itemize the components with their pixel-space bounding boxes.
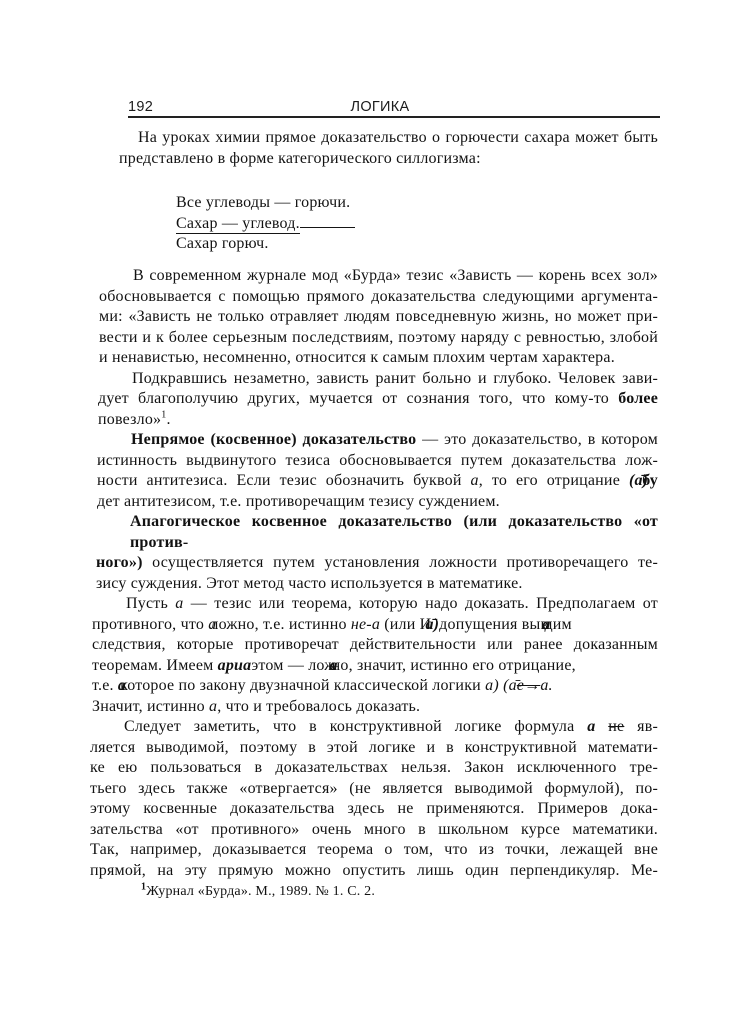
paragraph-constructive-logic: Следует заметить, что в конструктивной л…: [90, 717, 658, 881]
text-line: вести и к более серьезным последствиям, …: [99, 328, 658, 349]
text-line: Подкравшись незаметно, зависть ранит бол…: [98, 369, 658, 390]
text-run: этому косвенные доказательства здесь не …: [90, 800, 658, 817]
paragraph-indirect-proof-definition: Непрямое (косвенное) доказательство — эт…: [97, 430, 658, 512]
text-run: зису суждения. Этот метод часто использу…: [96, 575, 523, 592]
text-line: следствия, которые противоречат действит…: [92, 635, 658, 656]
text-line: ности антитезиса. Если тезис обозначить …: [97, 471, 658, 492]
text-run: этом — лож: [251, 657, 335, 674]
text-run: дет антитезисом, т.е. противоречащим тез…: [97, 493, 500, 510]
text-run: теоремам. Имеем: [92, 657, 218, 674]
text-run: ми: «Зависть не только отравляет людям п…: [99, 308, 658, 325]
syllogism-block: Все углеводы — горючи.Сахар — углевод.Са…: [176, 193, 596, 255]
text-line: Следует заметить, что в конструктивной л…: [90, 717, 658, 738]
text-run: а: [209, 698, 217, 715]
text-line: зису суждения. Этот метод часто использу…: [96, 574, 658, 595]
text-run: Так, например, доказывается теорема о то…: [90, 841, 658, 858]
text-run: ариа: [218, 657, 252, 674]
text-run: дует благополучию других, мучается от со…: [98, 390, 618, 407]
text-run: ложно, т.е. истинно: [210, 616, 350, 633]
text-run: обосновывается с помощью прямого доказат…: [99, 288, 658, 305]
text-run: вести и к более серьезным последствиям, …: [99, 329, 658, 346]
text-run: и ненавистью, несомненно, относится к са…: [99, 349, 615, 366]
text-line: этому косвенные доказательства здесь не …: [90, 799, 658, 820]
text-line: представлено в форме категорического сил…: [119, 149, 658, 170]
text-run: противного, что: [92, 616, 208, 633]
text-run: , что и требовалось доказать.: [217, 698, 420, 715]
text-run: допущения выв: [439, 616, 548, 633]
text-run: Журнал «Бурда». М., 1989. № 1. С. 2.: [146, 884, 375, 899]
text-run: ляется выводимой, поэтому в этой логике …: [90, 739, 658, 756]
text-run: ности антитезиса. Если тезис обозначить …: [97, 472, 471, 489]
text-line: истинность выдвинутого тезиса обосновыва…: [97, 451, 658, 472]
text-run: [595, 718, 608, 735]
text-line: и ненавистью, несомненно, относится к са…: [99, 348, 658, 369]
text-line: повезло»1.: [98, 410, 658, 431]
page-header: 192 ЛОГИКА: [128, 99, 660, 118]
text-line: Сахар — углевод.: [176, 214, 596, 235]
text-run: ного»): [96, 554, 143, 571]
text-run: бу: [642, 472, 658, 489]
text-line: 1Журнал «Бурда». М., 1989. № 1. С. 2.: [141, 882, 641, 903]
text-run: Подкравшись незаметно, зависть ранит бол…: [132, 370, 658, 387]
text-run: представлено в форме категорического сил…: [119, 150, 481, 167]
text-run: В современном журнале мод «Бурда» тезис …: [133, 267, 658, 284]
text-line: Значит, истинно а, что и требовалось док…: [92, 697, 658, 718]
book-page: 192 ЛОГИКА На уроках химии прямое доказа…: [0, 0, 745, 1024]
text-run: Сахар — углевод.: [176, 215, 300, 234]
text-line: зательства «от противного» очень много в…: [90, 820, 658, 841]
text-run: а: [471, 472, 479, 489]
text-line: Апагогическое косвенное доказательство (…: [96, 512, 658, 553]
text-run: Значит, истинно: [92, 698, 209, 715]
text-line: ми: «Зависть не только отравляет людям п…: [99, 307, 658, 328]
running-title: ЛОГИКА: [100, 99, 660, 115]
text-line: Так, например, доказывается теорема о то…: [90, 840, 658, 861]
text-line: тьего здесь также «отвергается» (не явля…: [90, 779, 658, 800]
text-run: ке ею пользоваться в доказательствах нел…: [90, 759, 658, 776]
text-line: Непрямое (косвенное) доказательство — эт…: [97, 430, 658, 451]
paragraph-chemistry-intro: На уроках химии прямое доказательство о …: [119, 128, 658, 169]
text-run: а.: [540, 677, 552, 694]
text-run: но, значит, истинно его отрицание,: [332, 657, 576, 674]
text-run: Все углеводы — горючи.: [176, 194, 350, 211]
text-line: обосновывается с помощью прямого доказат…: [99, 287, 658, 308]
text-run: не: [608, 718, 624, 735]
text-line: ке ею пользоваться в доказательствах нел…: [90, 758, 658, 779]
text-run: повезло»: [98, 411, 161, 428]
text-line: Все углеводы — горючи.: [176, 193, 596, 214]
text-run: [300, 226, 355, 228]
text-run: не-а: [351, 616, 380, 633]
text-run: дим: [544, 616, 571, 633]
text-run: (или И: [380, 616, 431, 633]
text-run: е→: [517, 677, 541, 694]
text-run: т.е.: [92, 677, 118, 694]
text-run: тьего здесь также «отвергается» (не явля…: [90, 780, 658, 797]
text-run: — это доказательство, в котором: [416, 431, 658, 448]
text-run: которое по закону двузначной классическо…: [120, 677, 485, 694]
text-run: Апагогическое косвенное доказательство (…: [130, 513, 658, 551]
text-line: ляется выводимой, поэтому в этой логике …: [90, 738, 658, 759]
text-run: Сахар горюч.: [176, 235, 269, 252]
text-run: На уроках химии прямое доказательство о …: [138, 129, 658, 146]
text-run: яв-: [624, 718, 658, 735]
paragraph-envy-quote: Подкравшись незаметно, зависть ранит бол…: [98, 369, 658, 431]
text-line: дет антитезисом, т.е. противоречащим тез…: [97, 492, 658, 513]
text-run: более: [618, 390, 658, 407]
text-run: а) (а̄: [485, 677, 517, 694]
text-run: истинность выдвинутого тезиса обосновыва…: [97, 452, 658, 469]
text-run: осуществляется путем установления ложнос…: [143, 554, 658, 571]
text-flow: В современном журнале мод «Бурда» тезис …: [0, 266, 745, 903]
text-run: .: [166, 411, 170, 428]
text-run: следствия, которые противоречат действит…: [92, 636, 658, 653]
text-line: теоремам. Имеем ариаэтом — ложано, значи…: [92, 656, 658, 677]
text-run: Пусть: [126, 595, 175, 612]
text-run: Непрямое (косвенное) доказательство: [131, 431, 416, 448]
text-run: зательства «от противного» очень много в…: [90, 821, 658, 838]
text-line: Сахар горюч.: [176, 234, 596, 255]
text-line: Пусть а — тезис или теорема, которую над…: [92, 594, 658, 615]
paragraph-burda-thesis: В современном журнале мод «Бурда» тезис …: [99, 266, 658, 369]
text-line: В современном журнале мод «Бурда» тезис …: [99, 266, 658, 287]
text-line: ного») осуществляется путем установления…: [96, 553, 658, 574]
text-run: прямой, на эту прямую можно опустить лиш…: [90, 862, 658, 879]
paragraph-proof-by-contradiction: Пусть а — тезис или теорема, которую над…: [92, 594, 658, 717]
text-run: а̄): [425, 616, 439, 633]
paragraph-apagogic-proof: Апагогическое косвенное доказательство (…: [96, 512, 658, 594]
text-run: , то его отрицание: [479, 472, 629, 489]
text-run: — тезис или теорема, которую надо доказа…: [183, 595, 658, 612]
footnote: 1Журнал «Бурда». М., 1989. № 1. С. 2.: [141, 882, 641, 903]
text-line: На уроках химии прямое доказательство о …: [119, 128, 658, 149]
text-line: прямой, на эту прямую можно опустить лиш…: [90, 861, 658, 882]
text-line: т.е. акоторое по закону двузначной класс…: [92, 676, 658, 697]
text-line: противного, что аложно, т.е. истинно не-…: [92, 615, 658, 636]
text-run: Следует заметить, что в конструктивной л…: [124, 718, 587, 735]
text-line: дует благополучию других, мучается от со…: [98, 389, 658, 410]
